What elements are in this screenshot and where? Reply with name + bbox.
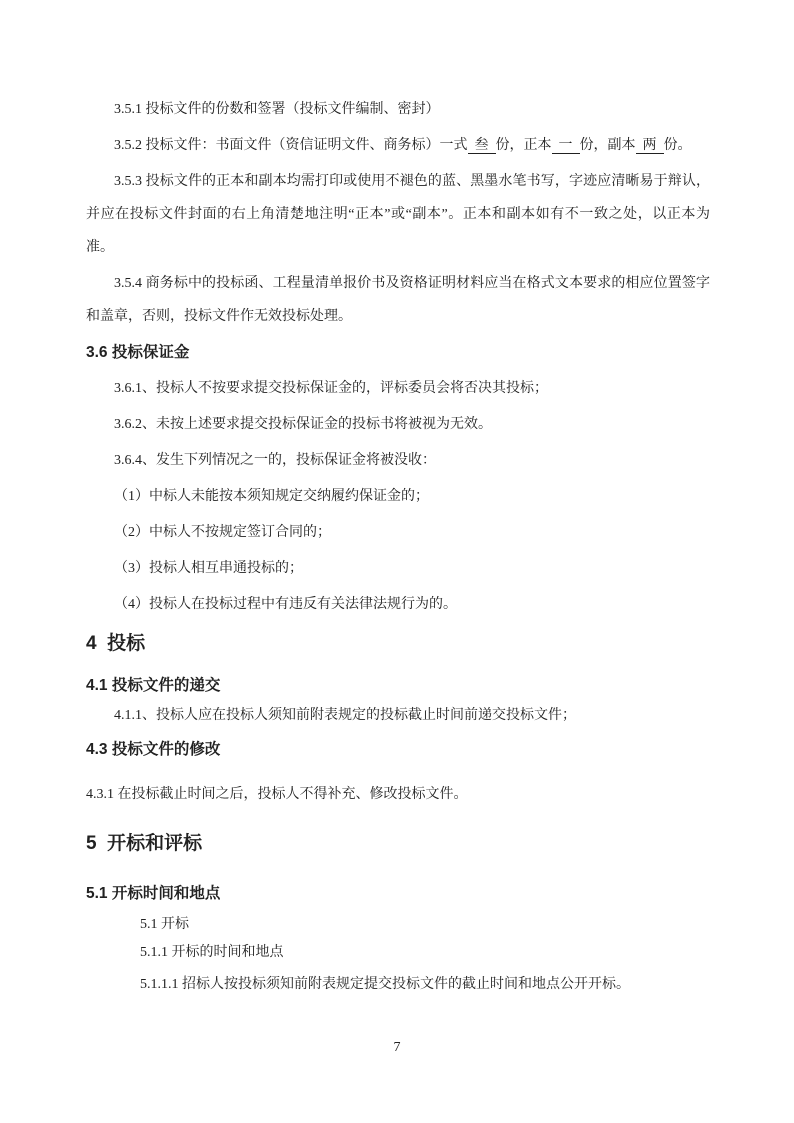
paragraph-3-5-2: 3.5.2 投标文件：书面文件（资信证明文件、商务标）一式叁份，正本一份，副本两…: [86, 129, 710, 162]
blank-duplicate-count: 两: [636, 138, 664, 154]
page-number: 7: [0, 1040, 794, 1056]
heading-4-3-modification: 4.3 投标文件的修改: [86, 733, 710, 766]
paragraph-3-5-2-prefix: 3.5.2 投标文件：书面文件（资信证明文件、商务标）一式: [114, 138, 468, 153]
paragraph-3-5-2-suffix: 份。: [664, 138, 692, 153]
list-item-4: （4）投标人在投标过程中有违反有关法律法规行为的。: [86, 588, 710, 621]
list-item-2: （2）中标人不按规定签订合同的；: [86, 516, 710, 549]
document-page: 3.5.1 投标文件的份数和签署（投标文件编制、密封） 3.5.2 投标文件：书…: [0, 0, 794, 1123]
paragraph-3-6-2: 3.6.2、未按上述要求提交投标保证金的投标书将被视为无效。: [86, 408, 710, 441]
heading-5-opening-evaluation: 5 开标和评标: [86, 824, 710, 864]
list-item-1: （1）中标人未能按本须知规定交纳履约保证金的；: [86, 480, 710, 513]
paragraph-5-1-1-1: 5.1.1.1 招标人按投标须知前附表规定提交投标文件的截止时间和地点公开开标。: [86, 971, 710, 999]
heading-3-6-bid-bond: 3.6 投标保证金: [86, 336, 710, 369]
paragraph-3-5-2-mid2: 份，副本: [580, 138, 636, 153]
paragraph-5-1-1: 5.1.1 开标的时间和地点: [86, 939, 710, 967]
paragraph-3-6-4: 3.6.4、发生下列情况之一的，投标保证金将被没收：: [86, 444, 710, 477]
paragraph-4-3-1: 4.3.1 在投标截止时间之后，投标人不得补充、修改投标文件。: [86, 778, 710, 811]
heading-4-bidding: 4 投标: [86, 624, 710, 664]
paragraph-3-5-3: 3.5.3 投标文件的正本和副本均需打印或使用不褪色的蓝、黑墨水笔书写，字迹应清…: [86, 165, 710, 264]
paragraph-3-5-1: 3.5.1 投标文件的份数和签署（投标文件编制、密封）: [86, 93, 710, 126]
paragraph-3-5-4: 3.5.4 商务标中的投标函、工程量清单报价书及资格证明材料应当在格式文本要求的…: [86, 267, 710, 333]
blank-copies-total: 叁: [468, 138, 496, 154]
list-item-3: （3）投标人相互串通投标的；: [86, 552, 710, 585]
paragraph-5-1: 5.1 开标: [86, 911, 710, 939]
paragraph-3-5-2-mid1: 份，正本: [496, 138, 552, 153]
paragraph-3-6-1: 3.6.1、投标人不按要求提交投标保证金的，评标委员会将否决其投标；: [86, 372, 710, 405]
document-body: 3.5.1 投标文件的份数和签署（投标文件编制、密封） 3.5.2 投标文件：书…: [86, 93, 710, 999]
blank-original-count: 一: [552, 138, 580, 154]
heading-4-1-submission: 4.1 投标文件的递交: [86, 673, 710, 699]
paragraph-4-1-1: 4.1.1、投标人应在投标人须知前附表规定的投标截止时间前递交投标文件；: [86, 699, 710, 732]
heading-5-1-time-place: 5.1 开标时间和地点: [86, 881, 710, 907]
